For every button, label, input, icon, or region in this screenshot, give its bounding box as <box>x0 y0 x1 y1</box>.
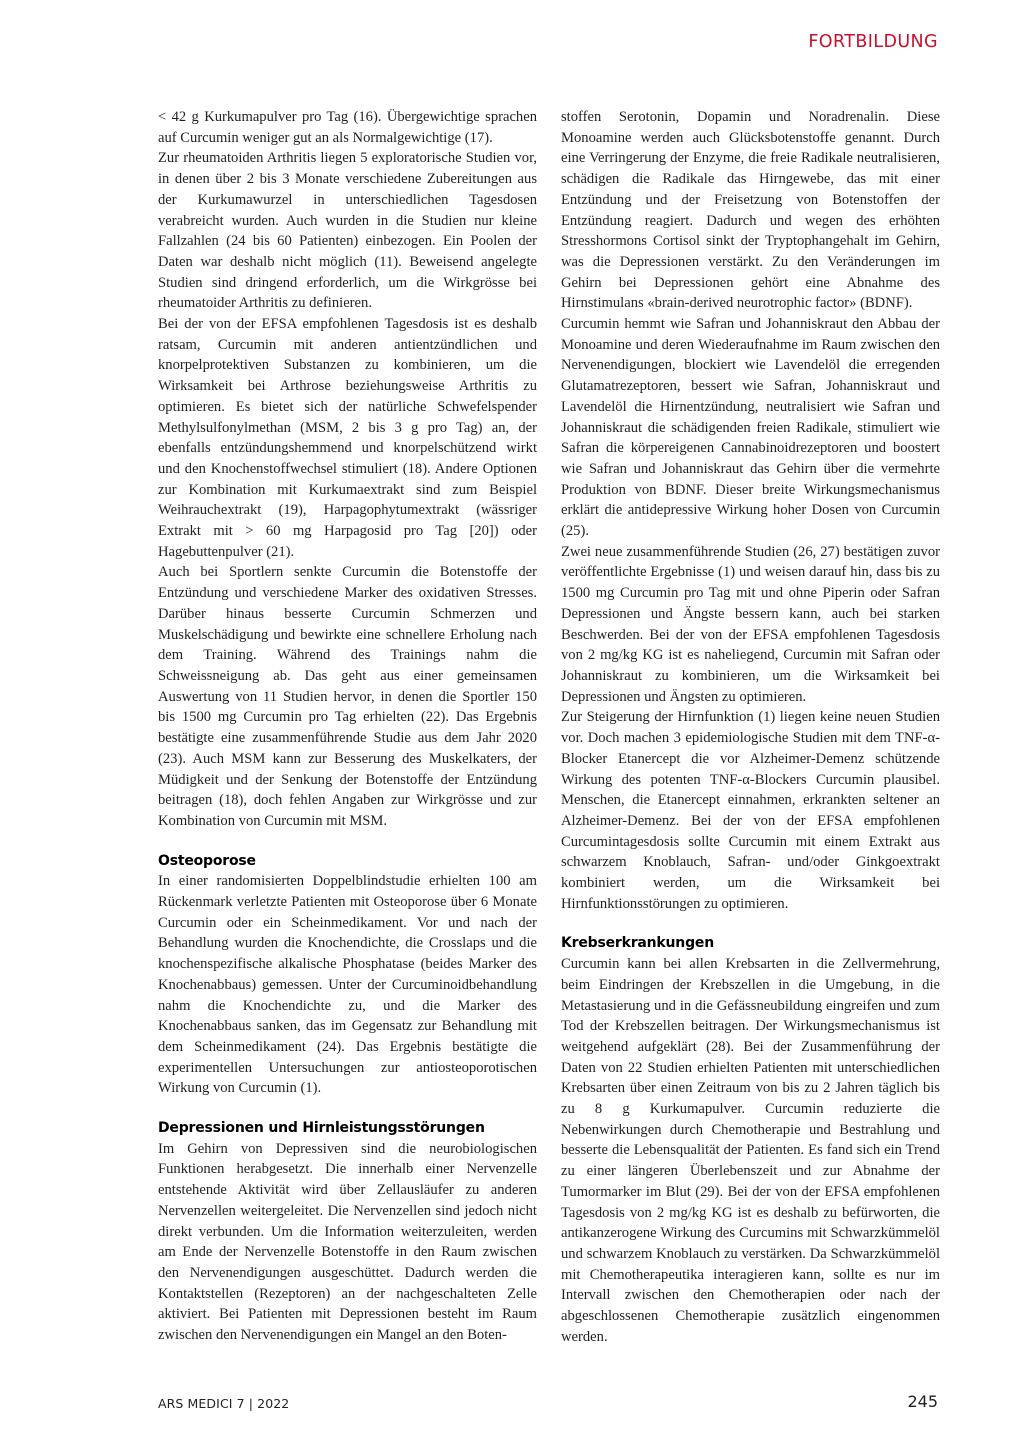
section-label: FORTBILDUNG <box>808 32 938 52</box>
article-column-left: < 42 g Kurkumapulver pro Tag (16). Überg… <box>158 107 537 1346</box>
paragraph-efsa-combination: Bei der von der EFSA empfohlenen Tagesdo… <box>158 314 537 562</box>
paragraph-osteoporose: In einer randomisierten Doppelblindstudi… <box>158 871 537 1099</box>
footer-page-number: 245 <box>907 1392 938 1411</box>
paragraph-krebs: Curcumin kann bei allen Krebsarten in di… <box>561 954 940 1347</box>
paragraph-athletes: Auch bei Sportlern senkte Curcumin die B… <box>158 562 537 831</box>
paragraph-curcumin-mechanism: Curcumin hemmt wie Safran und Johanniskr… <box>561 314 940 542</box>
paragraph-intro-continuation: < 42 g Kurkumapulver pro Tag (16). Überg… <box>158 107 537 148</box>
footer-publication: ARS MEDICI 7 | 2022 <box>158 1396 289 1411</box>
heading-krebserkrankungen: Krebserkrankungen <box>561 933 940 954</box>
paragraph-new-studies: Zwei neue zusammenführende Studien (26, … <box>561 542 940 708</box>
paragraph-depressionen-intro: Im Gehirn von Depressiven sind die neuro… <box>158 1139 537 1346</box>
paragraph-rheumatoid-arthritis: Zur rheumatoiden Arthritis liegen 5 expl… <box>158 148 537 314</box>
paragraph-brain-function: Zur Steigerung der Hirnfunktion (1) lieg… <box>561 707 940 914</box>
article-column-right: stoffen Serotonin, Dopamin und Noradrena… <box>561 107 940 1347</box>
paragraph-monoamines: stoffen Serotonin, Dopamin und Noradrena… <box>561 107 940 314</box>
heading-osteoporose: Osteoporose <box>158 851 537 872</box>
heading-depressionen: Depressionen und Hirnleistungsstörungen <box>158 1118 537 1139</box>
